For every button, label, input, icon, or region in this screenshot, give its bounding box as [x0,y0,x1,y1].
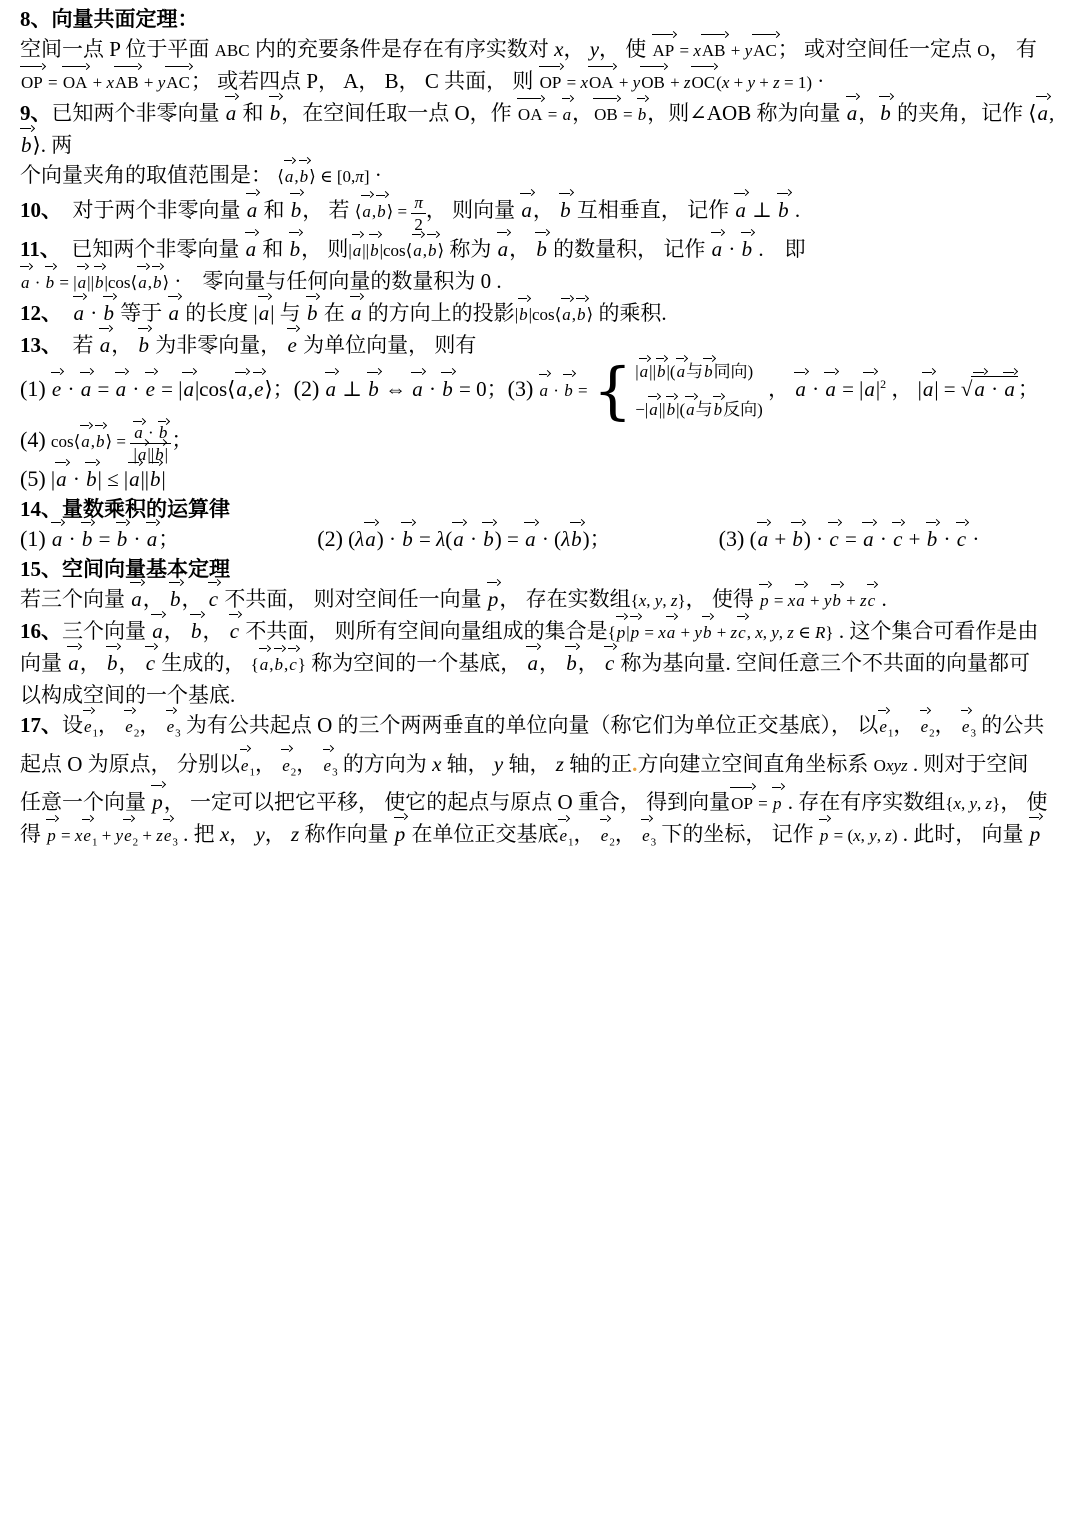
item-15-heading: 15、空间向量基本定理 [20,554,1062,584]
item-13-line-5: (5) |a · b| ≤ |a||b| [20,464,1062,494]
item-15-line: 若三个向量 a， b， c 不共面， 则对空间任一向量 p， 存在实数组{x, … [20,584,1062,616]
document-page: 8、向量共面定理： 空间一点 P 位于平面 ABC 内的充要条件是存在有序实数对… [0,0,1080,1527]
item-8-line-2: OP = OA + xAB + yAC； 或若四点 P， A， B， C 共面，… [20,66,1062,98]
item-12-line: 12、 a · b 等于 a 的长度 |a| 与 b 在 a 的方向上的投影|b… [20,298,1062,330]
item-14-formula-line: (1) a · b = b · a；(2) (λa) · b = λ(a · b… [20,524,1062,554]
item-9-line-1: 9、已知两个非零向量 a 和 b，在空间任取一点 O，作 OA = a，OB =… [20,98,1062,160]
item-14-heading: 14、量数乘积的运算律 [20,494,1062,524]
item-8-line-1: 空间一点 P 位于平面 ABC 内的充要条件是存在有序实数对 x， y， 使 A… [20,34,1062,66]
item-13-formula-line: (1) e · a = a · e = |a|cos⟨a,e⟩；(2) a ⊥ … [20,360,1062,464]
item-17-line-3: 任意一个向量 p， 一定可以把它平移， 使它的起点与原点 O 重合， 得到向量O… [20,787,1062,819]
item-16-line-1: 16、三个向量 a， b， c 不共面， 则所有空间向量组成的集合是{p|p =… [20,616,1062,648]
item-10-line: 10、 对于两个非零向量 a 和 b， 若 ⟨a,b⟩ = π2， 则向量 a，… [20,192,1062,234]
item-16-line-3: 以构成空间的一个基底. [20,680,1062,710]
item-11-line-1: 11、 已知两个非零向量 a 和 b， 则|a||b|cos⟨a,b⟩ 称为 a… [20,234,1062,266]
item-13-line-1: 13、 若 a， b 为非零向量， e 为单位向量， 则有 [20,330,1062,360]
item-8-heading: 8、向量共面定理： [20,4,1062,34]
item-17-line-4: 得 p = xe1 + ye2 + ze3 . 把 x， y， z 称作向量 p… [20,819,1062,857]
item-17-line-1: 17、设e1， e2， e3 为有公共起点 O 的三个两两垂直的单位向量（称它们… [20,710,1062,748]
item-16-line-2: 向量 a， b， c 生成的， {a,b,c} 称为空间的一个基底， a， b，… [20,648,1062,680]
item-9-line-2: 个向量夹角的取值范围是： ⟨a,b⟩ ∈ [0,π] · [20,160,1062,192]
item-17-line-2: 起点 O 为原点， 分别以e1， e2， e3 的方向为 x 轴， y 轴， z… [20,749,1062,787]
